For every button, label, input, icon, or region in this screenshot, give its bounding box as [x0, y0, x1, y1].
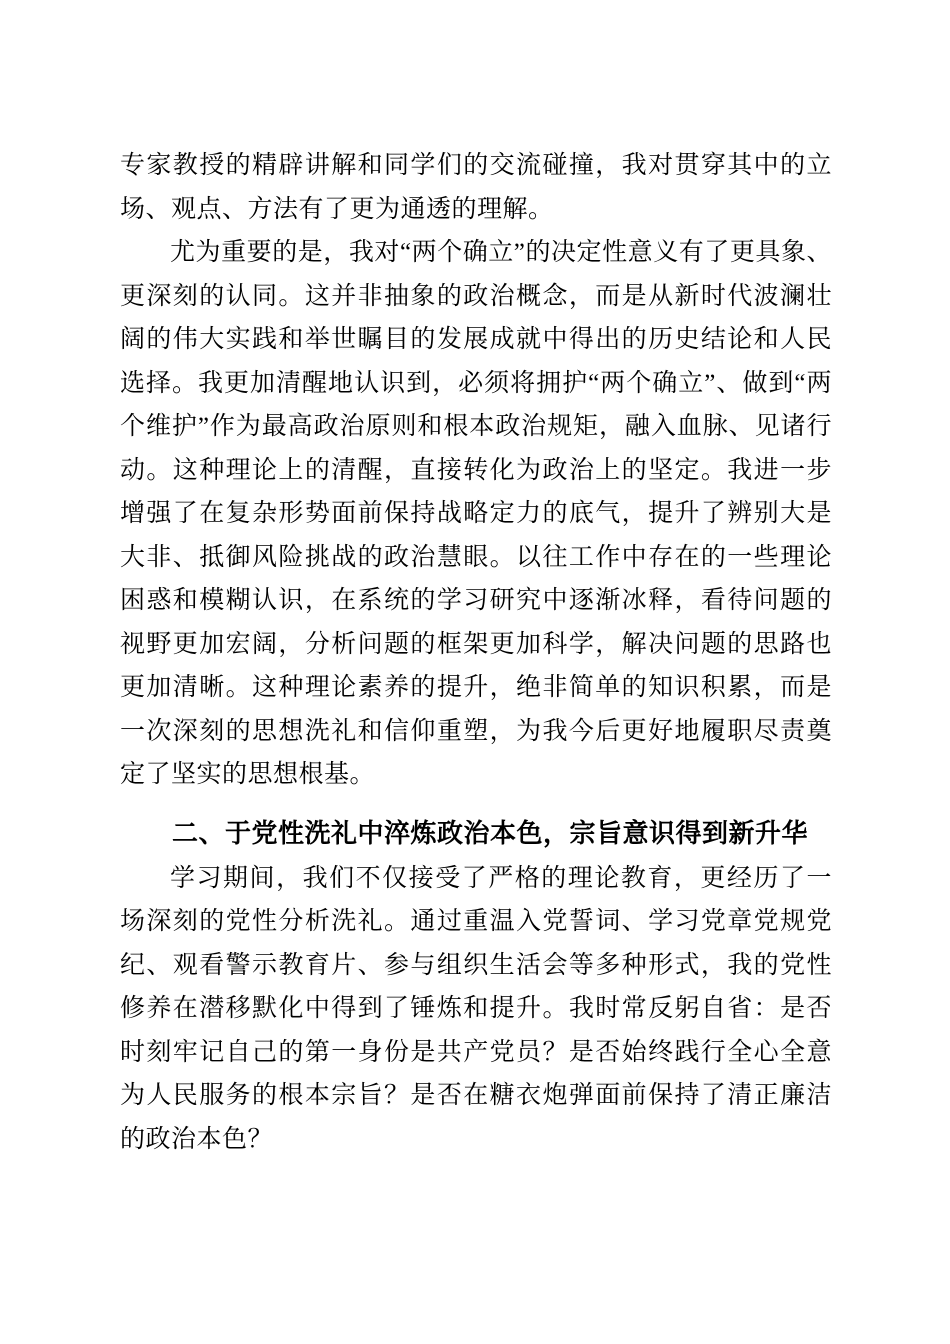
- paragraph-theory-understanding-continued: 专家教授的精辟讲解和同学们的交流碰撞，我对贯穿其中的立场、观点、方法有了更为通透…: [120, 144, 832, 231]
- section-heading-two: 二、于党性洗礼中淬炼政治本色，宗旨意识得到新升华: [120, 811, 832, 855]
- paragraph-party-spirit-analysis: 学习期间，我们不仅接受了严格的理论教育，更经历了一场深刻的党性分析洗礼。通过重温…: [120, 857, 832, 1162]
- document-text-block: 专家教授的精辟讲解和同学们的交流碰撞，我对贯穿其中的立场、观点、方法有了更为通透…: [120, 144, 832, 1161]
- document-page: 专家教授的精辟讲解和同学们的交流碰撞，我对贯穿其中的立场、观点、方法有了更为通透…: [0, 0, 950, 1344]
- paragraph-two-establishments: 尤为重要的是，我对“两个确立”的决定性意义有了更具象、更深刻的认同。这并非抽象的…: [120, 231, 832, 797]
